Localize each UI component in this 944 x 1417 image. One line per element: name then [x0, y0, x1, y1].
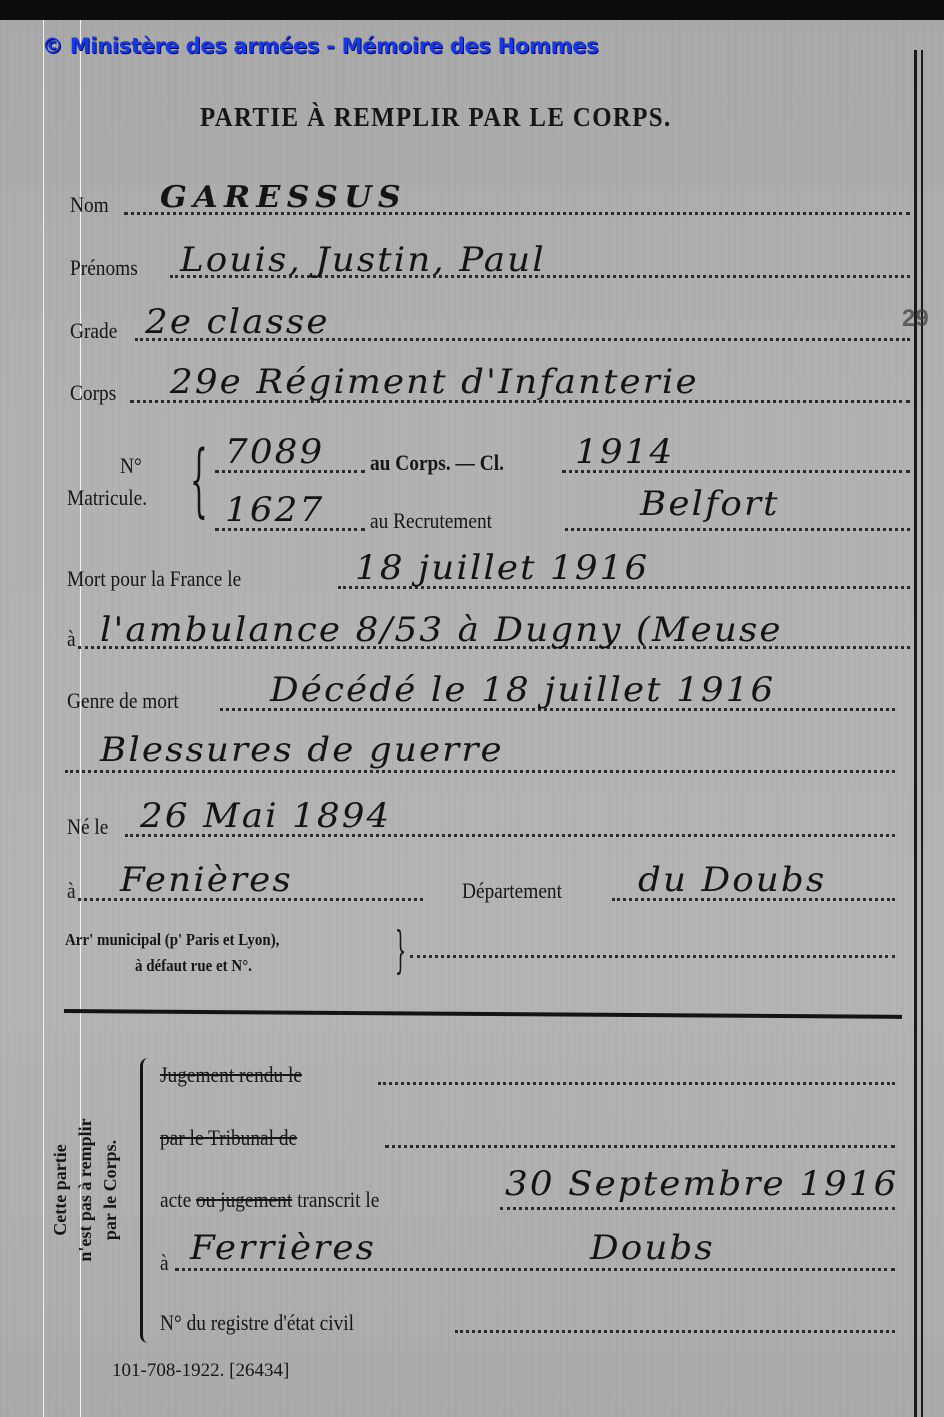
- arrondissement-brace: }: [395, 925, 406, 975]
- copyright-watermark: © Ministère des armées - Mémoire des Hom…: [42, 34, 598, 58]
- acte-label: acte ou jugement transcrit le: [160, 1187, 379, 1213]
- jugement-dotted-line: [378, 1082, 895, 1085]
- corps-label: Corps: [70, 380, 116, 406]
- au-recrutement-label: au Recrutement: [370, 508, 492, 534]
- lieu-deces-label: à: [67, 626, 76, 652]
- right-border-rule: [914, 50, 917, 1417]
- side-note-line-1: Cette partie: [48, 1040, 73, 1340]
- ne-le-value: 26 Mai 1894: [140, 796, 391, 836]
- genre-de-mort-value-1: Décédé le 18 juillet 1916: [270, 670, 775, 710]
- transcription-lieu-label: à: [160, 1250, 169, 1276]
- arrondissement-dotted-line: [410, 955, 895, 958]
- transcription-commune-value: Ferrières: [190, 1228, 376, 1268]
- lieu-deces-value: l'ambulance 8/53 à Dugny (Meuse: [100, 610, 783, 650]
- registre-label: N° du registre d'état civil: [160, 1310, 354, 1336]
- side-note-line-2: n'est pas à remplir: [73, 1040, 98, 1340]
- arrondissement-label-2: à défaut rue et N°.: [135, 956, 252, 976]
- side-note: Cette partie n'est pas à remplir par le …: [48, 1040, 138, 1340]
- grade-label: Grade: [70, 318, 117, 344]
- nom-value: GARESSUS: [160, 180, 407, 215]
- genre-de-mort-value-2: Blessures de guerre: [100, 730, 504, 770]
- genre-de-mort-dotted-line-2: [65, 770, 895, 773]
- au-corps-label: au Corps. — Cl.: [370, 450, 504, 476]
- edge-stamp: 29: [902, 305, 929, 333]
- tribunal-dotted-line: [385, 1145, 895, 1148]
- transcription-lieu-dotted-line: [175, 1268, 895, 1271]
- acte-label-suffix: transcrit le: [297, 1187, 379, 1212]
- genre-de-mort-label: Genre de mort: [67, 688, 179, 714]
- recrutement-number-value: 1627: [225, 490, 324, 530]
- form-reference-number: 101-708-1922. [26434]: [112, 1360, 289, 1382]
- right-border-rule: [921, 50, 923, 1417]
- arrondissement-label-1: Arr' municipal (p' Paris et Lyon),: [65, 930, 279, 950]
- acte-date-value: 30 Septembre 1916: [505, 1164, 898, 1204]
- classe-value: 1914: [575, 432, 674, 472]
- corps-number-value: 7089: [225, 432, 324, 472]
- nom-label: Nom: [70, 192, 109, 218]
- recrutement-place-dotted-line: [565, 528, 910, 531]
- acte-label-struck: ou jugement: [196, 1187, 292, 1212]
- mort-pour-la-france-label: Mort pour la France le: [67, 566, 241, 592]
- acte-date-dotted-line: [500, 1207, 895, 1210]
- transcription-brace: [140, 1058, 151, 1343]
- recrutement-place-value: Belfort: [640, 484, 780, 524]
- departement-label: Département: [462, 878, 562, 904]
- scan-margin-line: [43, 20, 44, 1417]
- registre-dotted-line: [455, 1330, 895, 1333]
- prenoms-value: Louis, Justin, Paul: [180, 240, 546, 280]
- matricule-no-label: N°: [120, 453, 142, 479]
- transcription-departement-value: Doubs: [590, 1228, 715, 1268]
- ne-le-label: Né le: [67, 814, 108, 840]
- matricule-label: Matricule.: [67, 485, 147, 511]
- departement-value: du Doubs: [638, 860, 826, 900]
- lieu-naissance-value: Fenières: [120, 860, 293, 900]
- side-note-line-3: par le Corps.: [98, 1040, 123, 1340]
- corps-value: 29e Régiment d'Infanterie: [170, 362, 699, 402]
- grade-value: 2e classe: [145, 302, 330, 342]
- lieu-naissance-label: à: [67, 878, 76, 904]
- acte-label-prefix: acte: [160, 1187, 191, 1212]
- mort-date-value: 18 juillet 1916: [355, 548, 649, 588]
- jugement-label: Jugement rendu le: [160, 1062, 302, 1088]
- prenoms-label: Prénoms: [70, 255, 138, 281]
- form-heading: PARTIE À REMPLIR PAR LE CORPS.: [200, 102, 672, 133]
- tribunal-label: par le Tribunal de: [160, 1125, 297, 1151]
- matricule-brace: {: [190, 440, 208, 520]
